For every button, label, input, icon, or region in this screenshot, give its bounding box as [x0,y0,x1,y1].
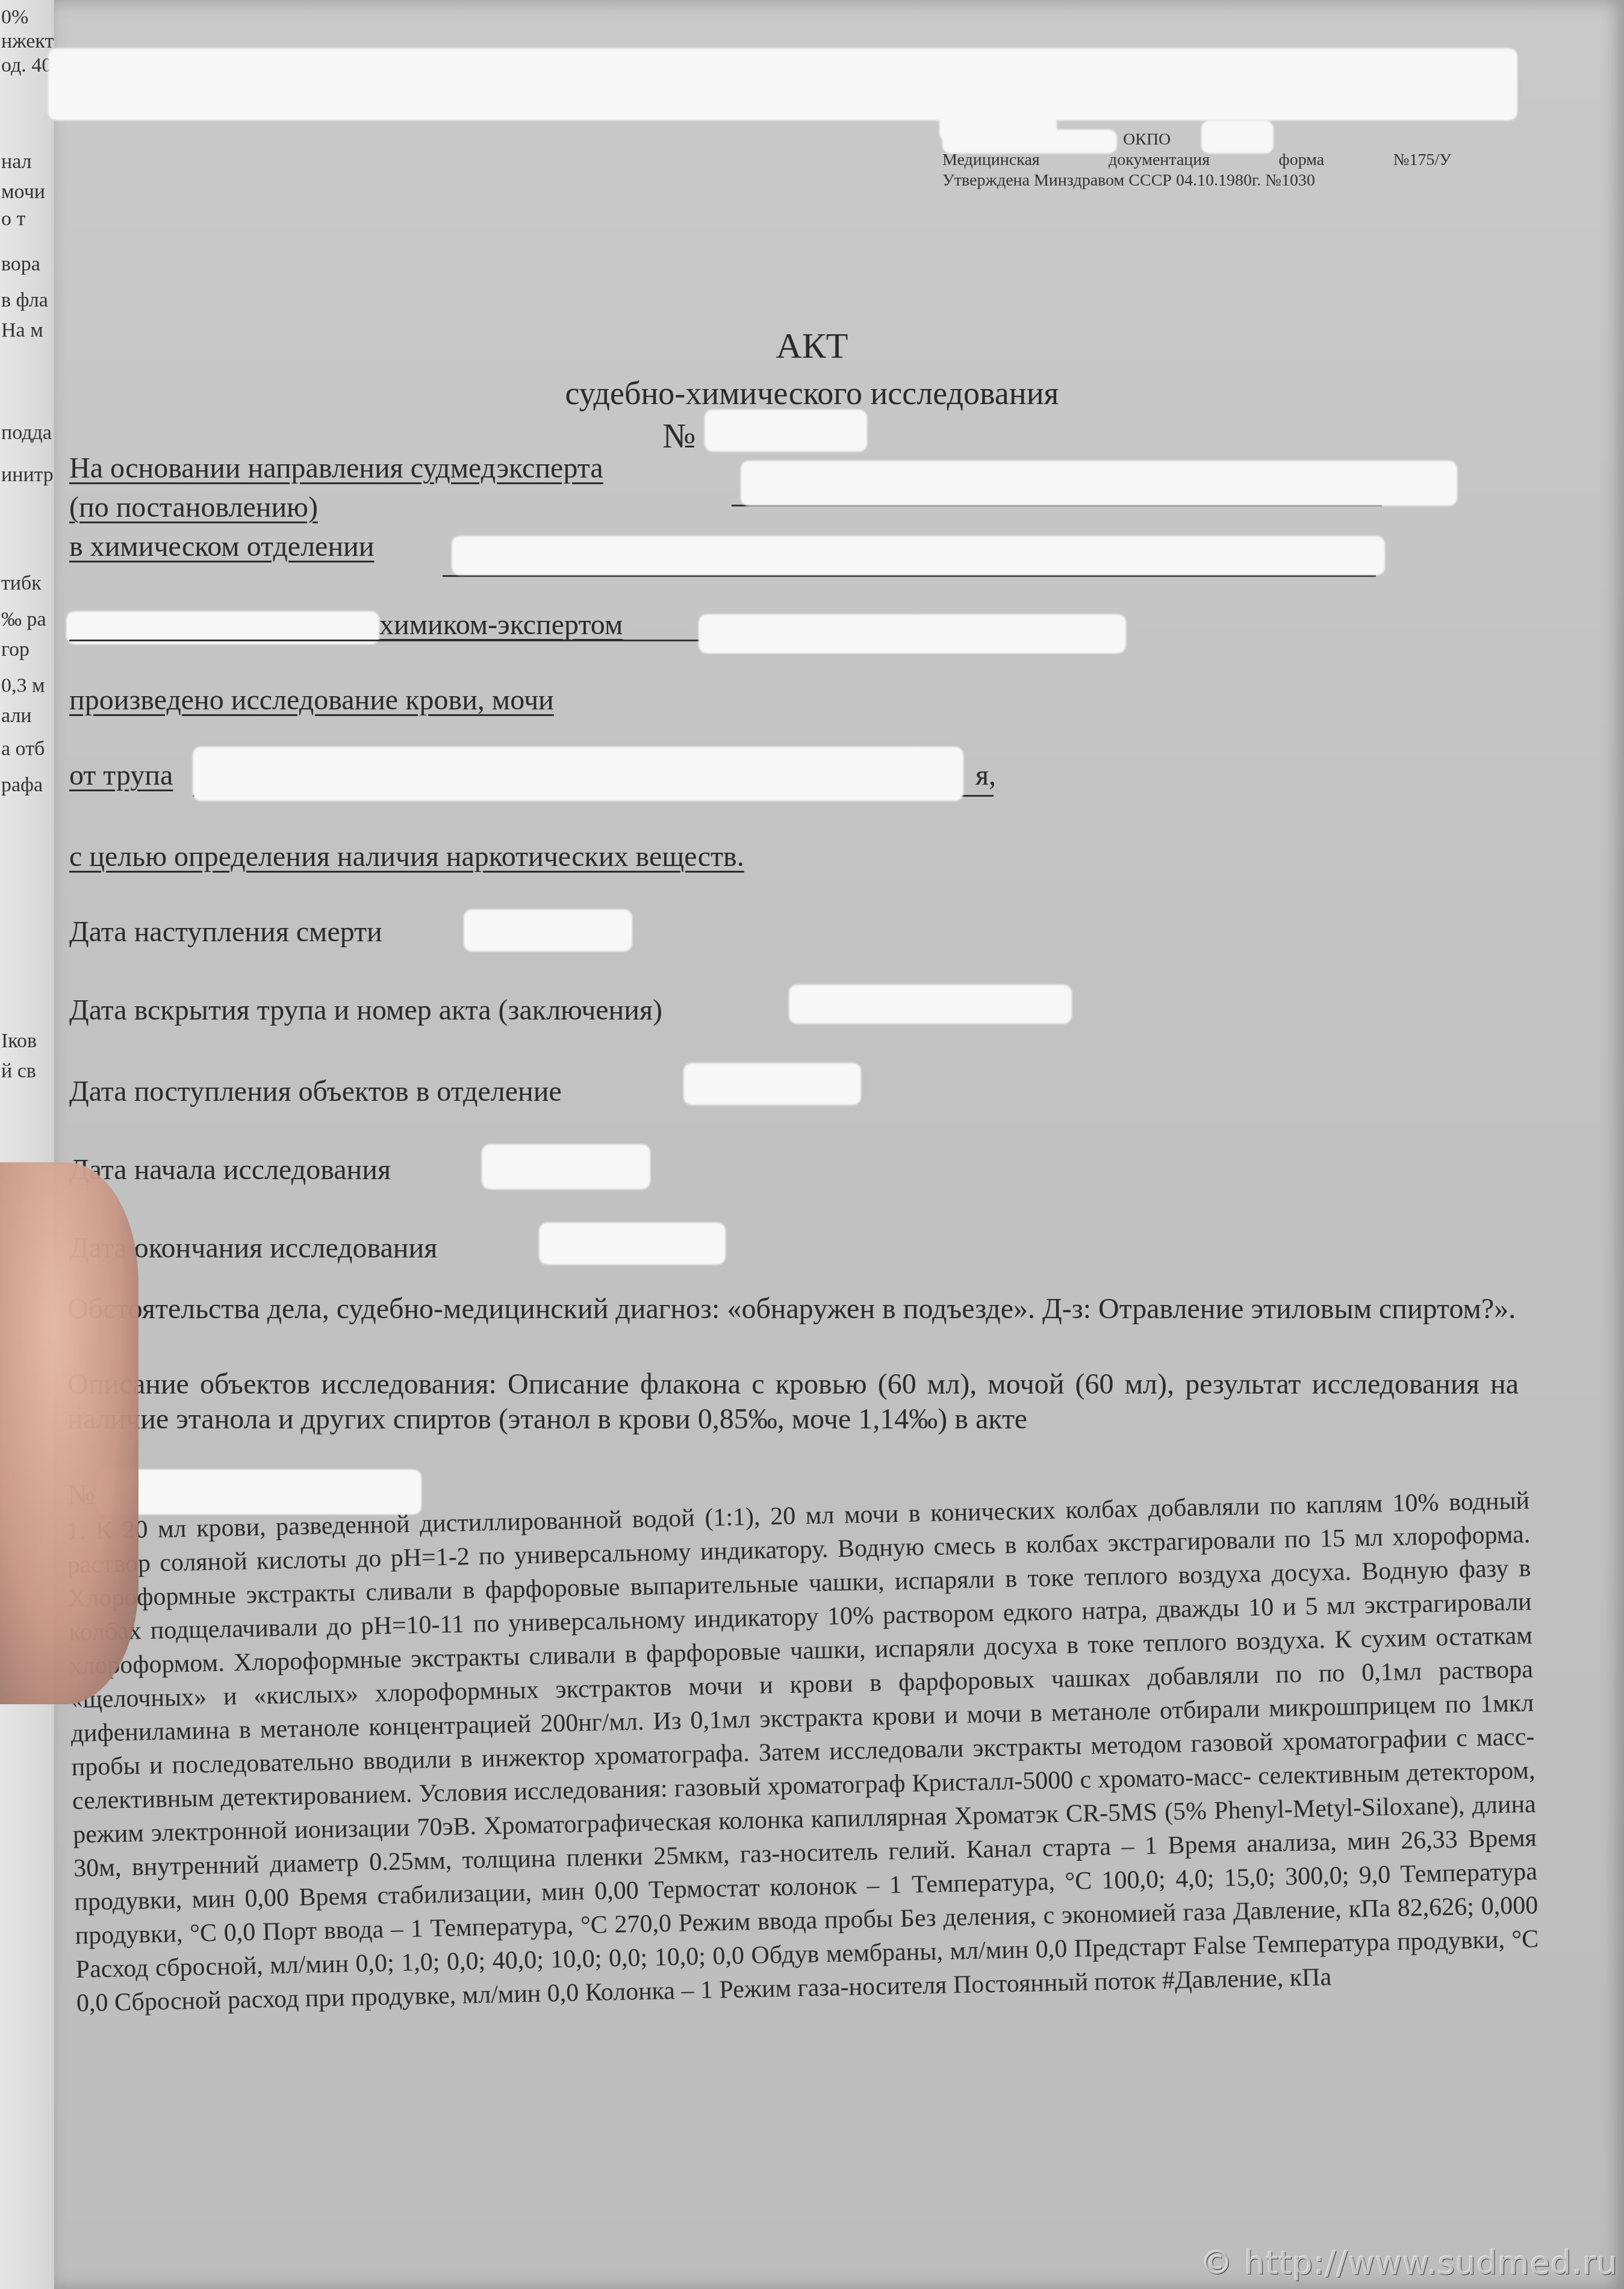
under-page-fragment: нал [1,151,32,173]
redaction-block [1201,120,1274,154]
finger-photo-artifact [0,1162,138,1704]
under-page-fragment: инитр [1,464,54,487]
field-date-autopsy: Дата вскрытия трупа и номер акта (заключ… [69,994,662,1027]
under-page-fragment: й св [1,1060,36,1083]
under-page-fragment: 0,3 м [1,674,45,697]
under-page-fragment: нжект [1,30,54,53]
under-page-fragment: али [1,705,32,727]
redaction-block [464,909,632,951]
redaction-block [193,747,963,801]
form-approved: Утверждена Минздравом СССР 04.10.1980г. … [942,170,1451,191]
redaction-block [705,410,867,452]
redaction-block [789,985,1072,1024]
watermark: © http://www.sudmed.ru [1200,2244,1618,2282]
field-date-start: Дата начала исследования [69,1153,391,1186]
field-underline [443,575,1376,577]
under-page-fragment: Iков [1,1030,37,1053]
document-number-sign: № [662,416,695,456]
under-page-fragment: вора [1,253,40,276]
form-mid: документация [1109,150,1210,170]
objects-description-text: Описание объектов исследования: Описание… [67,1367,1519,1437]
redaction-block [539,1222,726,1265]
redaction-block [741,461,1457,506]
method-description: 1. К 20 мл крови, разведенной дистиллиро… [66,1484,1540,2020]
under-page-fragment: тибк [1,572,42,595]
field-performed: произведено исследование крови, мочи [69,684,554,717]
field-date-received: Дата поступления объектов в отделение [69,1075,562,1108]
field-basis-note: (по постановлению) [69,491,318,524]
under-page-fragment: 0% [1,6,28,29]
field-basis: На основании направления судмедэксперта [69,452,603,485]
redaction-block [942,129,1117,154]
redaction-block [683,1063,861,1105]
field-department: в химическом отделении [69,530,374,563]
redaction-block [452,536,1385,575]
redaction-block [48,48,1517,120]
field-date-death: Дата наступления смерти [69,915,382,948]
field-purpose: с целью определения наличия наркотически… [69,840,744,873]
under-page-fragment: ‰ ра [1,608,46,631]
redaction-block [482,1144,650,1189]
under-page-fragment: подда [1,422,52,444]
under-page-fragment: о т [1,208,25,231]
field-from-corpse: от трупа [69,759,173,792]
under-page-fragment: мочи [1,181,45,204]
okpo-label: ОКПО [1123,130,1171,149]
document-title: АКТ [0,325,1624,367]
field-chemist: химиком-экспертом [379,608,623,641]
field-from-corpse-suffix: я, [975,759,996,792]
under-page-fragment: а отб [1,738,45,761]
circumstances-text: Обстоятельства дела, судебно-медицинский… [67,1292,1519,1327]
form-number: №175/У [1393,150,1451,170]
under-page-fragment: рафа [1,774,43,797]
under-page-fragment: в фла [1,289,48,312]
under-page-fragment: гор [1,638,30,661]
redaction-block [698,614,1126,653]
document-subtitle: судебно-химического исследования [0,375,1624,412]
under-page-fragment: од. 40 [1,54,52,77]
form-word: форма [1279,150,1325,170]
